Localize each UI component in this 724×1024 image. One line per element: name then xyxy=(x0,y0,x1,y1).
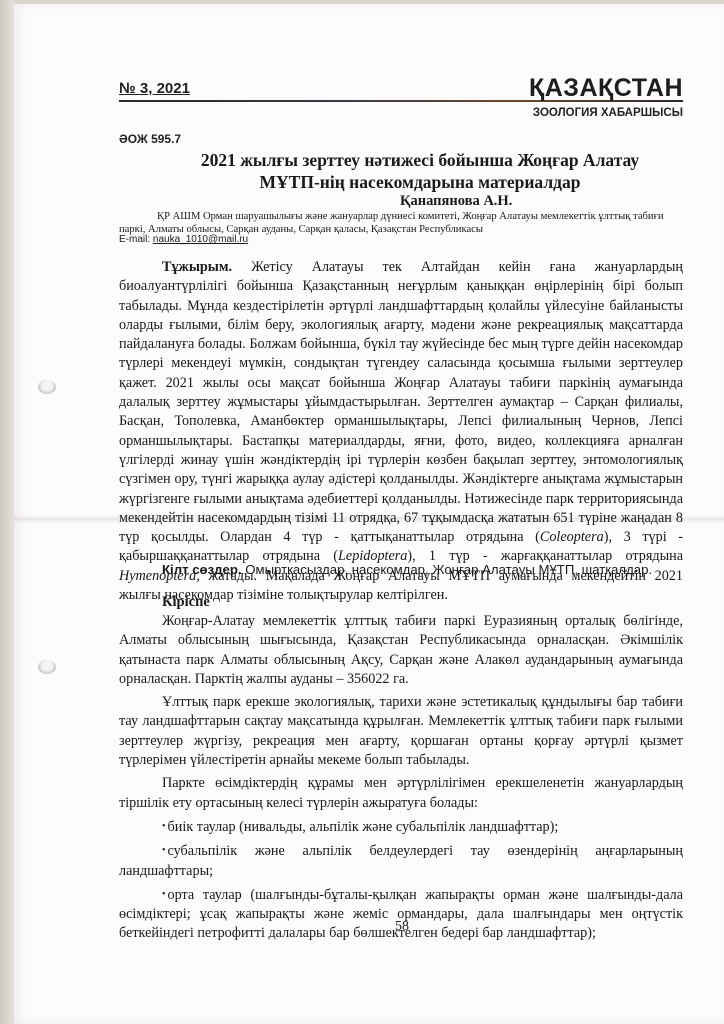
keywords-label: Кілт сөздер. xyxy=(162,562,242,577)
title-line-2: МҰТП-нің насекомдарына материалдар xyxy=(160,171,680,193)
section-heading-introduction: Кіріспе xyxy=(162,594,210,611)
taxon-coleoptera: Coleoptera xyxy=(540,529,604,545)
page-number: 58 xyxy=(395,919,409,935)
author-name: Қанапянова А.Н. xyxy=(400,193,512,210)
author-affiliation: ҚР АШМ Орман шаруашылығы және жануарлар … xyxy=(119,210,684,236)
article-title: 2021 жылғы зерттеу нәтижесі бойынша Жоңғ… xyxy=(160,149,680,193)
author-email: E-mail: nauka_1010@mail.ru xyxy=(119,234,248,245)
email-label: E-mail: xyxy=(119,234,153,245)
bullet-icon: • xyxy=(162,845,166,856)
introduction-body: Жоңғар-Алатау мемлекеттік ұлттық табиғи … xyxy=(119,612,683,944)
abstract: Тұжырым. Жетісу Алатауы тек Алтайдан кей… xyxy=(119,258,683,605)
list-item: •биік таулар (нивальды, альпілік және су… xyxy=(119,817,683,837)
punch-hole xyxy=(38,660,56,674)
scanner-edge xyxy=(0,0,14,1024)
keywords: Кілт сөздер. Омыртқасыздар, насекомдар, … xyxy=(162,562,652,577)
bullet-icon: • xyxy=(162,821,166,832)
list-item: •субальпілік және альпілік белдеулердегі… xyxy=(119,841,683,881)
abstract-paragraph: Тұжырым. Жетісу Алатауы тек Алтайдан кей… xyxy=(119,258,683,605)
punch-hole xyxy=(38,380,56,394)
bullet-icon: • xyxy=(162,889,166,900)
title-line-1: 2021 жылғы зерттеу нәтижесі бойынша Жоңғ… xyxy=(160,149,680,171)
abstract-label: Тұжырым. xyxy=(162,259,232,275)
email-link[interactable]: nauka_1010@mail.ru xyxy=(153,234,248,245)
journal-subtitle: ЗООЛОГИЯ ХАБАРШЫСЫ xyxy=(533,107,683,119)
keywords-text: Омыртқасыздар, насекомдар, Жоңғар Алатау… xyxy=(242,562,653,577)
journal-brand: ҚАЗАҚСТАН xyxy=(529,74,683,103)
intro-paragraph: Жоңғар-Алатау мемлекеттік ұлттық табиғи … xyxy=(119,612,683,689)
intro-paragraph: Ұлттық парк ерекше экологиялық, тарихи ж… xyxy=(119,693,683,770)
intro-paragraph: Паркте өсімдіктердің құрамы мен әртүрліл… xyxy=(119,774,683,813)
udk-code: ӘОЖ 595.7 xyxy=(119,132,181,146)
issue-number: № 3, 2021 xyxy=(119,80,190,97)
